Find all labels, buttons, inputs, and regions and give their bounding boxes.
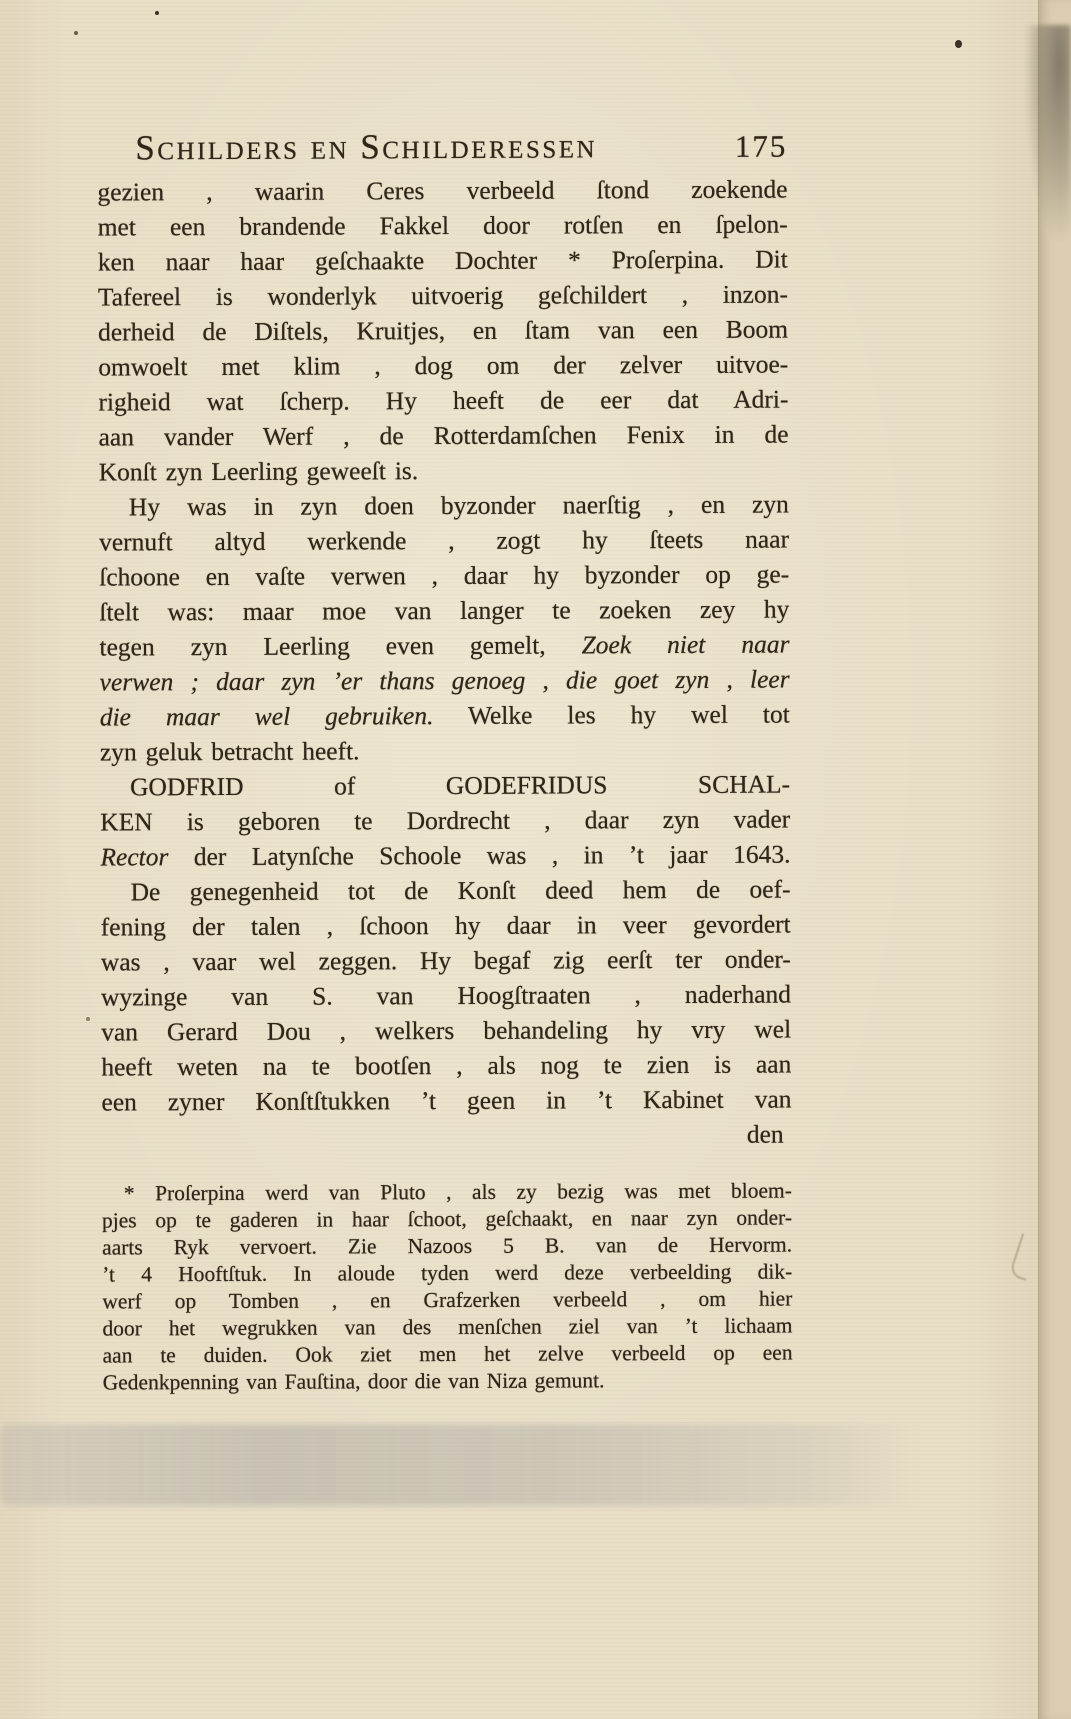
text-segment: fening der talen , ſchoon hy daar in vee… [101, 909, 791, 941]
text-segment: Tafereel is wonderlyk uitvoerig geſchild… [98, 279, 788, 311]
ink-smudge-top-right [1025, 25, 1071, 240]
footnote-line: werf op Tomben , en Grafzerken verbeeld … [102, 1285, 792, 1315]
paper-speck [74, 31, 78, 35]
body-line: righeid wat ſcherp. Hy heeft de eer dat … [98, 381, 788, 419]
footnote-line: Gedenkpenning van Fauſtina, door die van… [103, 1366, 793, 1396]
body-line: zyn geluk betracht heeft. [100, 731, 790, 769]
body-line: omwoelt met klim , dog om der zelver uit… [98, 346, 788, 384]
text-segment: zyn geluk betracht heeft. [100, 736, 360, 766]
footnote-line: pjes op te gaderen in haar ſchoot, geſch… [102, 1204, 792, 1234]
text-segment: ſtelt was: maar moe van langer te zoeken… [99, 594, 789, 626]
paper-speck [955, 40, 962, 48]
show-through-band [0, 1424, 920, 1506]
body-line: was , vaar wel zeggen. Hy begaf zig eerſ… [101, 941, 791, 979]
text-segment: ken naar haar geſchaakte Dochter * Proſe… [98, 244, 788, 276]
scanned-book-page: { "header": { "title": "Schilders en Sch… [0, 0, 1071, 1719]
running-header: Schilders en Schilderessen 175 [97, 127, 787, 169]
text-segment: met een brandende Fakkel door rotſen en … [98, 209, 788, 241]
text-segment: Hy was in zyn doen byzonder naerſtig , e… [129, 489, 789, 521]
body-line: ſchoone en vaſte verwen , daar hy byzond… [99, 556, 789, 594]
paper-speck [86, 1017, 90, 1021]
text-segment: Konſt zyn Leerling geweeſt is. [99, 456, 419, 486]
body-line: die maar wel gebruiken. Welke les hy wel… [100, 696, 790, 734]
text-segment: righeid wat ſcherp. Hy heeft de eer dat … [98, 384, 788, 416]
text-segment-italic: verwen ; daar zyn ’er thans genoeg , die… [100, 664, 790, 696]
body-line: verwen ; daar zyn ’er thans genoeg , die… [100, 661, 790, 699]
page-content: Schilders en Schilderessen 175 gezien , … [97, 127, 793, 1397]
text-segment: der Latynſche Schoole was , in ’t jaar 1… [168, 839, 790, 871]
running-title: Schilders en Schilderessen [135, 127, 597, 167]
text-segment: was , vaar wel zeggen. Hy begaf zig eerſ… [101, 944, 791, 976]
body-line: ken naar haar geſchaakte Dochter * Proſe… [98, 241, 788, 279]
body-line: een zyner Konſtſtukken ’t geen in ’t Kab… [101, 1081, 791, 1119]
body-line: gezien , waarin Ceres verbeeld ſtond zoe… [97, 172, 787, 210]
text-segment-italic: die maar wel gebruiken. [100, 701, 434, 731]
footnote-line: aarts Ryk vervoert. Zie Nazoos 5 B. van … [102, 1231, 792, 1261]
body-line: heeft weten na te bootſen , als nog te z… [101, 1046, 791, 1084]
text-segment: een zyner Konſtſtukken ’t geen in ’t Kab… [101, 1084, 791, 1116]
text-segment: wyzinge van S. van Hoogſtraaten , naderh… [101, 979, 791, 1011]
footnote-line: aan te duiden. Ook ziet men het zelve ve… [103, 1339, 793, 1369]
text-segment-italic: Zoek niet naar [582, 629, 790, 659]
paper-speck [155, 11, 159, 15]
body-line: tegen zyn Leerling even gemelt, Zoek nie… [99, 626, 789, 664]
text-segment: aan vander Werf , de Rotterdamſchen Feni… [99, 419, 789, 451]
text-segment: derheid de Diſtels, Kruitjes, en ſtam va… [98, 314, 788, 346]
body-line: GODFRID of GODEFRIDUS SCHAL- [100, 766, 790, 804]
body-line: fening der talen , ſchoon hy daar in vee… [101, 906, 791, 944]
footnote-line: door het wegrukken van des menſchen ziel… [102, 1312, 792, 1342]
body-text: gezien , waarin Ceres verbeeld ſtond zoe… [97, 172, 791, 1120]
text-segment: gezien , waarin Ceres verbeeld ſtond zoe… [97, 175, 787, 207]
catchword: den [747, 1120, 784, 1149]
body-line: Konſt zyn Leerling geweeſt is. [99, 451, 789, 489]
body-line: van Gerard Dou , welkers behandeling hy … [101, 1011, 791, 1049]
body-line: ſtelt was: maar moe van langer te zoeken… [99, 591, 789, 629]
page-number: 175 [735, 128, 788, 166]
body-line: De genegenheid tot de Konſt deed hem de … [100, 871, 790, 909]
body-line: derheid de Diſtels, Kruitjes, en ſtam va… [98, 311, 788, 349]
footnote-line: * Proſerpina werd van Pluto , als zy bez… [102, 1177, 792, 1207]
text-segment: tegen zyn Leerling even gemelt, [99, 630, 581, 661]
body-line: KEN is geboren te Dordrecht , daar zyn v… [100, 801, 790, 839]
text-segment: van Gerard Dou , welkers behandeling hy … [101, 1014, 791, 1046]
body-line: vernuft altyd werkende , zogt hy ſteets … [99, 521, 789, 559]
text-segment: Welke les hy wel tot [433, 699, 790, 730]
catchword-row: den [102, 1116, 792, 1154]
text-segment: De genegenheid tot de Konſt deed hem de … [131, 874, 791, 906]
body-line: Hy was in zyn doen byzonder naerſtig , e… [99, 486, 789, 524]
footnote-line: ’t 4 Hooftſtuk. In aloude tyden werd dez… [102, 1258, 792, 1288]
body-line: wyzinge van S. van Hoogſtraaten , naderh… [101, 976, 791, 1014]
body-line: aan vander Werf , de Rotterdamſchen Feni… [99, 416, 789, 454]
text-segment-italic: Rector [100, 842, 168, 871]
text-segment: heeft weten na te bootſen , als nog te z… [101, 1049, 791, 1081]
text-segment: KEN is geboren te Dordrecht , daar zyn v… [100, 804, 790, 836]
body-line: Rector der Latynſche Schoole was , in ’t… [100, 836, 790, 874]
text-segment: ſchoone en vaſte verwen , daar hy byzond… [99, 559, 789, 591]
body-line: Tafereel is wonderlyk uitvoerig geſchild… [98, 276, 788, 314]
text-segment: GODFRID of GODEFRIDUS SCHAL- [130, 769, 790, 801]
footnote: * Proſerpina werd van Pluto , als zy bez… [102, 1177, 793, 1396]
text-segment: vernuft altyd werkende , zogt hy ſteets … [99, 524, 789, 556]
page-edge-strip [1038, 0, 1071, 1719]
text-segment: omwoelt met klim , dog om der zelver uit… [98, 349, 788, 381]
body-line: met een brandende Fakkel door rotſen en … [98, 206, 788, 244]
